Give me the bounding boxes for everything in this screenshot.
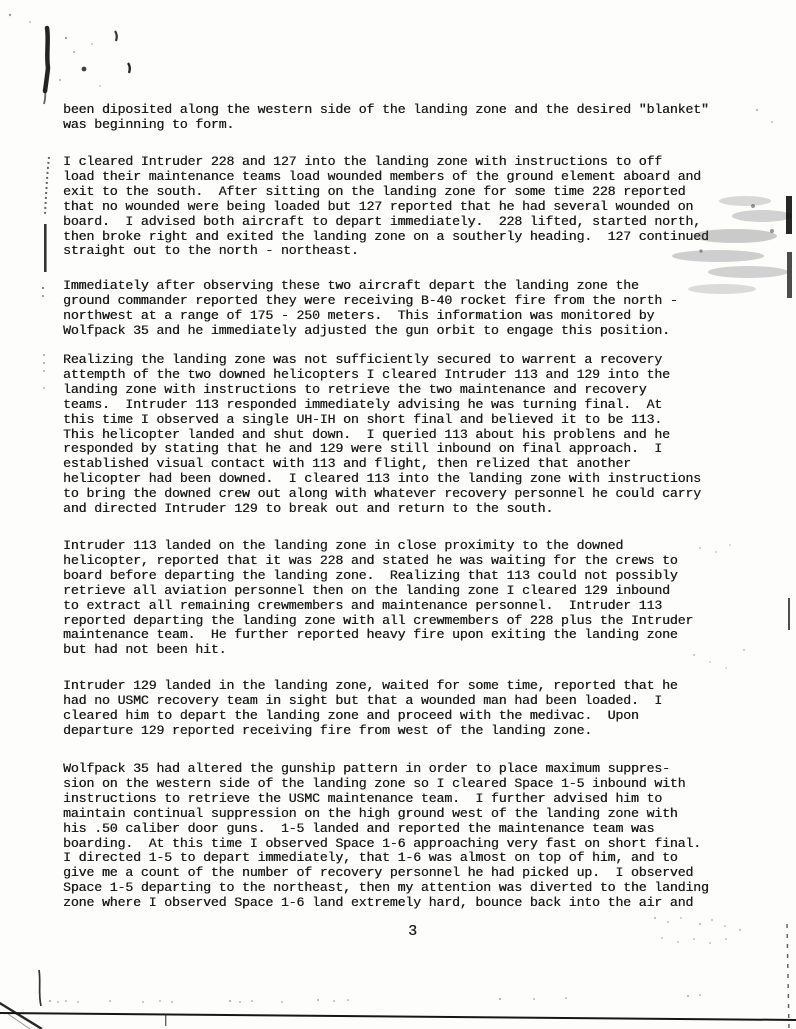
text-line: reported departing the landing zone with… <box>63 614 693 629</box>
text-line: board. I advised both aircraft to depart… <box>63 215 709 230</box>
text-line: Intruder 129 landed in the landing zone,… <box>63 679 678 694</box>
text-line: I directed 1-5 to depart immediately, th… <box>63 851 709 866</box>
text-line: ground commander reported they were rece… <box>63 294 678 309</box>
page-number: 3 <box>408 923 417 940</box>
text-line: sion on the western side of the landing … <box>63 777 709 792</box>
paragraph: Intruder 113 landed on the landing zone … <box>63 539 693 658</box>
text-line: This helicopter landed and shut down. I … <box>63 428 701 443</box>
text-line: Realizing the landing zone was not suffi… <box>63 353 701 368</box>
text-line: and directed Intruder 129 to break out a… <box>63 502 701 517</box>
text-line: straight out to the north - northeast. <box>63 244 709 259</box>
text-line: maintenance team. He further reported he… <box>63 628 693 643</box>
text-line: Space 1-5 departing to the northeast, th… <box>63 881 709 896</box>
paragraph: Immediately after observing these two ai… <box>63 279 678 339</box>
text-line: teams. Intruder 113 responded immediatel… <box>63 398 701 413</box>
text-line: give me a count of the number of recover… <box>63 866 709 881</box>
text-line: Wolfpack 35 and he immediately adjusted … <box>63 324 678 339</box>
text-line: board before departing the landing zone.… <box>63 569 693 584</box>
text-line: I cleared Intruder 228 and 127 into the … <box>63 155 709 170</box>
text-line: this time I observed a single UH-IH on s… <box>63 413 701 428</box>
text-line: boarding. At this time I observed Space … <box>63 837 709 852</box>
text-line: Intruder 113 landed on the landing zone … <box>63 539 693 554</box>
text-line: maintain continual suppression on the hi… <box>63 807 709 822</box>
text-line: zone where I observed Space 1-6 land ext… <box>63 896 709 911</box>
text-line: but had not been hit. <box>63 643 693 658</box>
text-line: was beginning to form. <box>63 118 709 133</box>
text-line: to bring the downed crew out along with … <box>63 487 701 502</box>
text-line: been diposited along the western side of… <box>63 103 709 118</box>
paragraph: I cleared Intruder 228 and 127 into the … <box>63 155 709 259</box>
text-line: helicopter, reported that it was 228 and… <box>63 554 693 569</box>
text-line: to extract all remaining crewmembers and… <box>63 599 693 614</box>
text-line: northwest at a range of 175 - 250 meters… <box>63 309 678 324</box>
text-line: then broke right and exited the landing … <box>63 230 709 245</box>
scanned-document-page: been diposited along the western side of… <box>0 0 796 1029</box>
text-line: landing zone with instructions to retrie… <box>63 383 701 398</box>
text-line: Wolfpack 35 had altered the gunship patt… <box>63 762 709 777</box>
text-line: responded by stating that he and 129 wer… <box>63 442 701 457</box>
text-line: his .50 caliber door guns. 1-5 landed an… <box>63 822 709 837</box>
text-line: established visual contact with 113 and … <box>63 457 701 472</box>
text-line: load their maintenance teams load wounde… <box>63 170 709 185</box>
text-line: that no wounded were being loaded but 12… <box>63 200 709 215</box>
text-line: cleared him to depart the landing zone a… <box>63 709 678 724</box>
paragraph: been diposited along the western side of… <box>63 103 709 133</box>
text-line: retrieve all aviation personnel then on … <box>63 584 693 599</box>
text-line: exit to the south. After sitting on the … <box>63 185 709 200</box>
paragraph: Realizing the landing zone was not suffi… <box>63 353 701 517</box>
text-line: departure 129 reported receiving fire fr… <box>63 724 678 739</box>
text-line: Immediately after observing these two ai… <box>63 279 678 294</box>
text-line: helicopter had been downed. I cleared 11… <box>63 472 701 487</box>
text-line: attempth of the two downed helicopters I… <box>63 368 701 383</box>
paragraph: Wolfpack 35 had altered the gunship patt… <box>63 762 709 911</box>
paragraph: Intruder 129 landed in the landing zone,… <box>63 679 678 739</box>
text-line: instructions to retrieve the USMC mainte… <box>63 792 709 807</box>
text-line: had no USMC recovery team in sight but t… <box>63 694 678 709</box>
